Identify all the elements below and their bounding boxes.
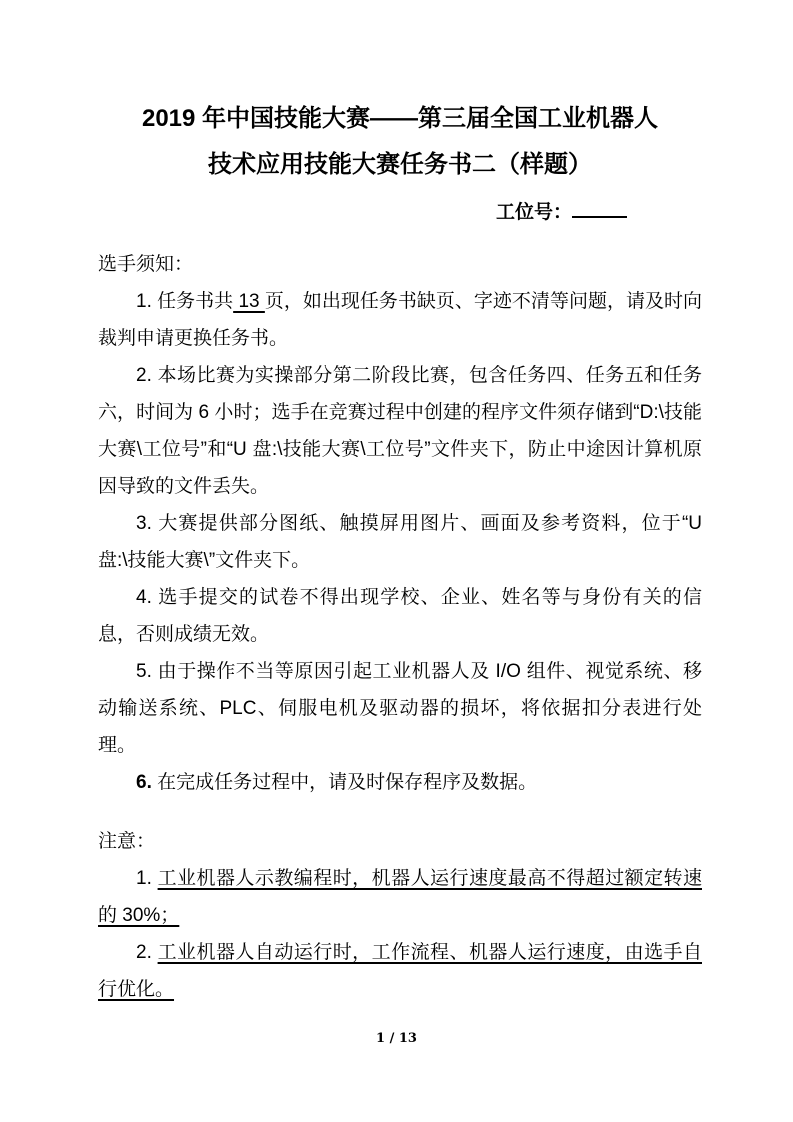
- notice-item-3: 3. 大赛提供部分图纸、触摸屏用图片、画面及参考资料，位于“U 盘:\技能大赛\…: [98, 505, 702, 579]
- notice-item-6: 6. 在完成任务过程中，请及时保存程序及数据。: [98, 764, 702, 801]
- notice-item-5: 5. 由于操作不当等原因引起工业机器人及 I/O 组件、视觉系统、移动输送系统、…: [98, 653, 702, 764]
- attention-item-1-number: 1.: [136, 868, 158, 889]
- notice-item-6-text: 在完成任务过程中，请及时保存程序及数据。: [157, 772, 537, 793]
- notice-item-1-pre: 1. 任务书共: [136, 291, 233, 312]
- attention-heading: 注意：: [98, 823, 702, 860]
- title-line-1: 2019 年中国技能大赛——第三届全国工业机器人: [98, 96, 702, 142]
- attention-item-1: 1. 工业机器人示教编程时，机器人运行速度最高不得超过额定转速的 30%；: [98, 860, 702, 934]
- station-number-label: 工位号：: [496, 202, 572, 223]
- page-number: 1 / 13: [0, 1031, 793, 1046]
- notice-item-6-number: 6.: [136, 772, 157, 793]
- attention-item-2-text: 工业机器人自动运行时，工作流程、机器人运行速度，由选手自行优化。: [98, 942, 702, 1000]
- attention-item-2: 2. 工业机器人自动运行时，工作流程、机器人运行速度，由选手自行优化。: [98, 934, 702, 1008]
- document-title: 2019 年中国技能大赛——第三届全国工业机器人 技术应用技能大赛任务书二（样题…: [98, 96, 702, 188]
- document-page: 2019 年中国技能大赛——第三届全国工业机器人 技术应用技能大赛任务书二（样题…: [0, 0, 793, 1122]
- notice-item-4: 4. 选手提交的试卷不得出现学校、企业、姓名等与身份有关的信息，否则成绩无效。: [98, 579, 702, 653]
- attention-section: 注意： 1. 工业机器人示教编程时，机器人运行速度最高不得超过额定转速的 30%…: [98, 823, 702, 1008]
- station-number-line: 工位号：: [98, 198, 702, 228]
- attention-item-1-text: 工业机器人示教编程时，机器人运行速度最高不得超过额定转速的 30%；: [98, 868, 702, 926]
- attention-item-2-number: 2.: [136, 942, 158, 963]
- station-number-blank: [572, 200, 627, 218]
- document-content: 2019 年中国技能大赛——第三届全国工业机器人 技术应用技能大赛任务书二（样题…: [98, 0, 702, 1008]
- notice-item-1: 1. 任务书共 13 页，如出现任务书缺页、字迹不清等问题，请及时向裁判申请更换…: [98, 283, 702, 357]
- notice-item-2: 2. 本场比赛为实操部分第二阶段比赛，包含任务四、任务五和任务六，时间为 6 小…: [98, 357, 702, 505]
- title-line-2: 技术应用技能大赛任务书二（样题）: [98, 142, 702, 188]
- notice-heading: 选手须知：: [98, 246, 702, 283]
- notice-item-1-page-count: 13: [233, 291, 265, 312]
